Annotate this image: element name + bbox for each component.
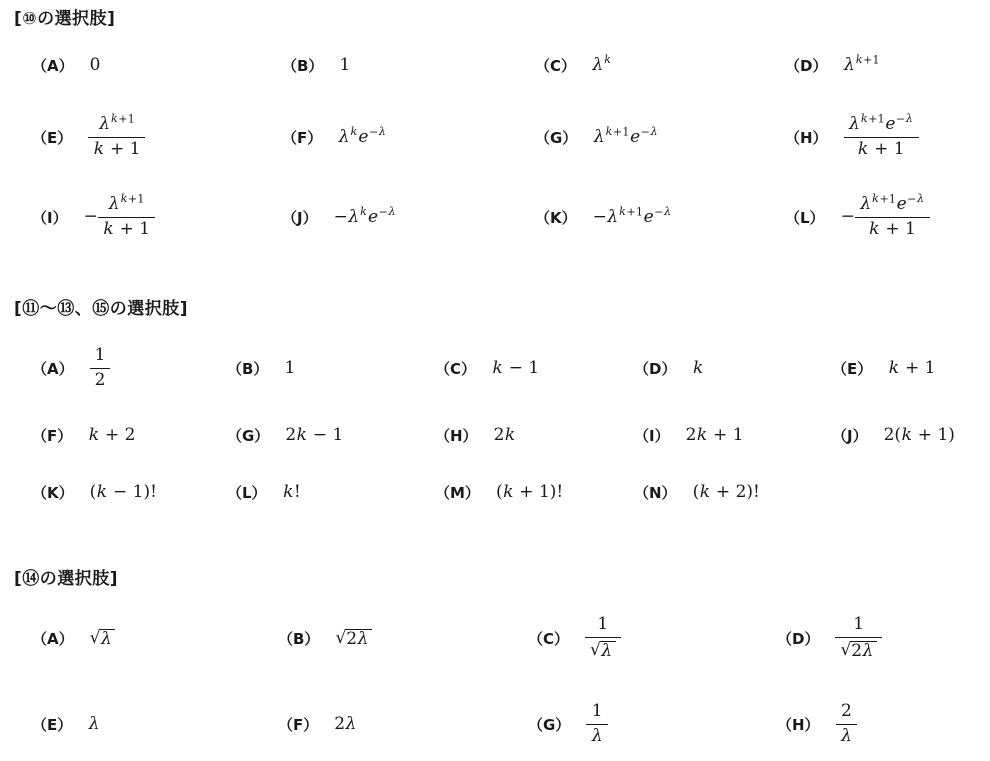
option-q11-13-15-K: （K）(k − 1)! xyxy=(32,482,227,503)
math-expression: λk xyxy=(592,55,612,75)
option-label: （A） xyxy=(32,55,74,76)
math-expression: 1√λ xyxy=(585,615,621,660)
option-q11-13-15-G: （G）2k − 1 xyxy=(227,425,435,446)
option-label: （F） xyxy=(278,714,318,735)
option-label: （B） xyxy=(278,628,319,649)
option-label: （H） xyxy=(777,714,820,735)
option-label: （B） xyxy=(282,55,323,76)
option-label: （G） xyxy=(227,425,269,446)
option-q11-13-15-A: （A）12 xyxy=(32,346,227,390)
section-header-q11-13-15: [⑪～⑬、⑮の選択肢] xyxy=(14,298,990,320)
option-q10-J: （J）−λke−λ xyxy=(282,207,535,228)
math-expression: k + 1 xyxy=(888,358,935,378)
option-q11-13-15-L: （L）k! xyxy=(227,482,435,503)
option-q11-13-15-F: （F）k + 2 xyxy=(32,425,227,446)
option-q10-F: （F）λke−λ xyxy=(282,127,535,148)
option-label: （E） xyxy=(832,358,872,379)
answer-choices-page: [⑩の選択肢] （A）0（B）1（C）λk（D）λk+1（E）λk+1k + 1… xyxy=(0,0,990,761)
option-label: （J） xyxy=(282,207,318,228)
option-label: （C） xyxy=(528,628,569,649)
option-q14-H: （H）2λ xyxy=(777,702,990,746)
option-q10-K: （K）−λk+1e−λ xyxy=(535,207,785,228)
option-q10-I: （I）−λk+1k + 1 xyxy=(32,195,282,239)
option-q11-13-15-E: （E）k + 1 xyxy=(832,358,990,379)
math-expression: 12 xyxy=(90,346,111,390)
option-label: （K） xyxy=(535,207,577,228)
math-expression: −λk+1e−λk + 1 xyxy=(841,195,930,239)
math-expression: 1λ xyxy=(586,702,608,746)
option-label: （H） xyxy=(435,425,478,446)
option-label: （J） xyxy=(832,425,868,446)
option-q10-L: （L）−λk+1e−λk + 1 xyxy=(785,195,990,239)
math-expression: λk+1e−λk + 1 xyxy=(844,115,919,159)
option-label: （D） xyxy=(634,358,676,379)
math-expression: 1 xyxy=(339,55,350,75)
math-expression: −λk+1e−λ xyxy=(593,207,672,227)
math-expression: λ xyxy=(88,714,100,734)
options-grid-q10: （A）0（B）1（C）λk（D）λk+1（E）λk+1k + 1（F）λke−λ… xyxy=(14,30,990,260)
option-q11-13-15-M: （M）(k + 1)! xyxy=(435,482,634,503)
option-q14-E: （E）λ xyxy=(32,714,278,735)
math-expression: −λke−λ xyxy=(334,207,397,227)
math-expression: k! xyxy=(283,482,301,502)
option-label: （D） xyxy=(777,628,819,649)
math-expression: 2k xyxy=(494,425,516,445)
option-q14-F: （F）2λ xyxy=(278,714,528,735)
option-label: （E） xyxy=(32,714,72,735)
option-q10-C: （C）λk xyxy=(535,55,785,76)
math-expression: 2k + 1 xyxy=(686,425,744,445)
math-expression: √2λ xyxy=(335,628,371,648)
option-q10-G: （G）λk+1e−λ xyxy=(535,127,785,148)
options-grid-q14: （A）√λ（B）√2λ（C）1√λ（D）1√2λ（E）λ（F）2λ（G）1λ（H… xyxy=(14,590,990,761)
option-label: （F） xyxy=(32,425,72,446)
math-expression: k − 1 xyxy=(492,358,539,378)
option-q10-D: （D）λk+1 xyxy=(785,55,990,76)
option-q14-A: （A）√λ xyxy=(32,628,278,649)
section-q11-13-15-choices: [⑪～⑬、⑮の選択肢] （A）12（B）1（C）k − 1（D）k（E）k + … xyxy=(14,298,990,530)
option-label: （M） xyxy=(435,482,480,503)
option-q10-B: （B）1 xyxy=(282,55,535,76)
option-q10-A: （A）0 xyxy=(32,55,282,76)
option-label: （G） xyxy=(528,714,570,735)
option-q11-13-15-H: （H）2k xyxy=(435,425,634,446)
section-header-q14: [⑭の選択肢] xyxy=(14,568,990,590)
option-q11-13-15-C: （C）k − 1 xyxy=(435,358,634,379)
option-q11-13-15-J: （J）2(k + 1) xyxy=(832,425,990,446)
option-label: （I） xyxy=(32,207,68,228)
option-label: （A） xyxy=(32,358,74,379)
option-q11-13-15-I: （I）2k + 1 xyxy=(634,425,832,446)
math-expression: λk+1 xyxy=(843,55,879,75)
math-expression: 2λ xyxy=(836,702,858,746)
math-expression: 1√2λ xyxy=(835,615,881,660)
math-expression: 2k − 1 xyxy=(285,425,343,445)
option-q11-13-15-B: （B）1 xyxy=(227,358,435,379)
option-label: （K） xyxy=(32,482,74,503)
option-label: （L） xyxy=(785,207,825,228)
options-grid-q11-13-15: （A）12（B）1（C）k − 1（D）k（E）k + 1（F）k + 2（G）… xyxy=(14,320,990,530)
math-expression: λk+1k + 1 xyxy=(88,115,145,159)
math-expression: λke−λ xyxy=(338,127,386,147)
math-expression: 2λ xyxy=(334,714,357,734)
option-label: （A） xyxy=(32,628,74,649)
math-expression: k xyxy=(692,358,703,378)
option-label: （E） xyxy=(32,127,72,148)
section-header-q10: [⑩の選択肢] xyxy=(14,8,990,30)
option-q10-E: （E）λk+1k + 1 xyxy=(32,115,282,159)
option-q14-B: （B）√2λ xyxy=(278,628,528,649)
section-q10-choices: [⑩の選択肢] （A）0（B）1（C）λk（D）λk+1（E）λk+1k + 1… xyxy=(14,8,990,260)
math-expression: 1 xyxy=(284,358,295,378)
option-label: （I） xyxy=(634,425,670,446)
option-label: （N） xyxy=(634,482,677,503)
math-expression: λk+1e−λ xyxy=(593,127,658,147)
math-expression: 2(k + 1) xyxy=(884,425,955,445)
option-q11-13-15-N: （N）(k + 2)! xyxy=(634,482,832,503)
option-label: （C） xyxy=(435,358,476,379)
math-expression: √λ xyxy=(90,628,116,648)
option-q14-C: （C）1√λ xyxy=(528,615,777,660)
option-label: （G） xyxy=(535,127,577,148)
math-expression: (k + 2)! xyxy=(693,482,760,502)
option-label: （H） xyxy=(785,127,828,148)
section-q14-choices: [⑭の選択肢] （A）√λ（B）√2λ（C）1√λ（D）1√2λ（E）λ（F）2… xyxy=(14,568,990,761)
math-expression: (k + 1)! xyxy=(496,482,563,502)
option-q10-H: （H）λk+1e−λk + 1 xyxy=(785,115,990,159)
math-expression: (k − 1)! xyxy=(90,482,157,502)
math-expression: 0 xyxy=(90,55,101,75)
option-label: （C） xyxy=(535,55,576,76)
math-expression: −λk+1k + 1 xyxy=(84,195,155,239)
option-q14-G: （G）1λ xyxy=(528,702,777,746)
option-label: （F） xyxy=(282,127,322,148)
option-q11-13-15-D: （D）k xyxy=(634,358,832,379)
option-q14-D: （D）1√2λ xyxy=(777,615,990,660)
math-expression: k + 2 xyxy=(88,425,135,445)
option-label: （D） xyxy=(785,55,827,76)
option-label: （B） xyxy=(227,358,268,379)
option-label: （L） xyxy=(227,482,267,503)
